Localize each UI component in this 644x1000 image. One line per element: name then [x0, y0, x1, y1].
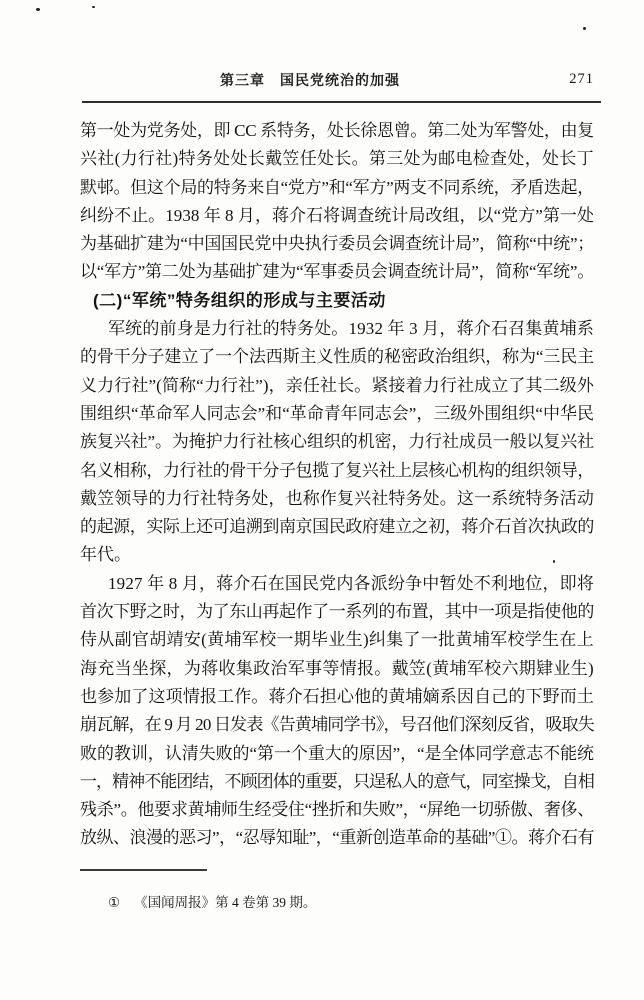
text-line: 第一处为党务处，即 CC 系特务，处长徐恩曾。第二处为军警处，由复 — [80, 117, 594, 145]
scan-speck — [36, 8, 40, 11]
header-rule — [82, 101, 601, 103]
text-line: 围组织“革命军人同志会”和“革命青年同志会”，三级外围组织“中华民 — [80, 400, 594, 428]
section-heading: (二)“军统”特务组织的形成与主要活动 — [80, 287, 594, 315]
footnote-text: 《国闻周报》第 4 卷第 39 期。 — [134, 895, 316, 910]
body-text: 第一处为党务处，即 CC 系特务，处长徐恩曾。第二处为军警处，由复兴社(力行社)… — [80, 117, 594, 853]
book-page: 第三章 国民党统治的加强 271 第一处为党务处，即 CC 系特务，处长徐恩曾。… — [0, 0, 644, 1000]
text-line: 族复兴社”。为掩护力行社核心组织的机密，力行社成员一般以复兴社 — [80, 428, 594, 456]
text-line: 残杀”。他要求黄埔师生经受住“挫折和失败”，“屏绝一切骄傲、奢侈、 — [80, 796, 594, 824]
text-line: 年代。 — [80, 541, 594, 569]
text-line: 1927 年 8 月，蒋介石在国民党内各派纷争中暂处不利地位，即将 — [80, 570, 594, 598]
text-line: 首次下野之时，为了东山再起作了一系列的布置，其中一项是指使他的 — [80, 598, 594, 626]
scan-speck — [553, 560, 555, 563]
scan-speck — [583, 27, 586, 30]
text-line: 戴笠领导的力行社特务处，也称作复兴社特务处。这一系统特务活动 — [80, 485, 594, 513]
text-line: 崩瓦解，在 9 月 20 日发表《告黄埔同学书》，号召他们深刻反省，吸取失 — [80, 711, 594, 739]
scan-speck — [92, 6, 95, 8]
chapter-title: 第三章 国民党统治的加强 — [80, 70, 540, 90]
page-number: 271 — [569, 71, 594, 88]
text-line: 默邨。但这个局的特务来自“党方”和“军方”两支不同系统，矛盾迭起， — [80, 174, 594, 202]
text-line: 放纵、浪漫的恶习”，“忍辱知耻”，“重新创造革命的基础”①。蒋介石有 — [80, 824, 594, 852]
text-line: 军统的前身是力行社的特务处。1932 年 3 月，蒋介石召集黄埔系 — [80, 315, 594, 343]
text-line: 以“军方”第二处为基础扩建为“军事委员会调查统计局”，简称“军统”。 — [80, 258, 594, 286]
text-line: 为基础扩建为“中国国民党中央执行委员会调查统计局”，简称“中统”； — [80, 230, 594, 258]
text-line: 也参加了这项情报工作。蒋介石担心他的黄埔嫡系因自己的下野而土 — [80, 683, 594, 711]
text-line: 一，精神不能团结，不顾团体的重要，只逞私人的意气，同室操戈，自相 — [80, 768, 594, 796]
text-line: 纠纷不止。1938 年 8 月，蒋介石将调查统计局改组，以“党方”第一处 — [80, 202, 594, 230]
footnote-marker: ① — [108, 895, 120, 910]
running-header: 第三章 国民党统治的加强 271 — [80, 70, 594, 90]
text-line: 名义相称，力行社的骨干分子包揽了复兴社上层核心机构的组织领导， — [80, 457, 594, 485]
text-line: 侍从副官胡靖安(黄埔军校一期毕业生)纠集了一批黄埔军校学生在上 — [80, 626, 594, 654]
text-line: 海充当坐探，为蒋收集政治军事等情报。戴笠(黄埔军校六期肄业生) — [80, 655, 594, 683]
text-line: 的骨干分子建立了一个法西斯主义性质的秘密政治组织，称为“三民主 — [80, 343, 594, 371]
text-line: 败的教训，认清失败的“第一个重大的原因”，“是全体同学意志不能统 — [80, 740, 594, 768]
text-line: 兴社(力行社)特务处处长戴笠任处长。第三处为邮电检查处，处长丁 — [80, 145, 594, 173]
footnote-rule — [80, 869, 207, 871]
footnote: ①《国闻周报》第 4 卷第 39 期。 — [108, 891, 316, 911]
text-line: 义力行社”(简称“力行社”)，亲任社长。紧接着力行社成立了其二级外 — [80, 372, 594, 400]
text-line: 的起源，实际上还可追溯到南京国民政府建立之初，蒋介石首次执政的 — [80, 513, 594, 541]
